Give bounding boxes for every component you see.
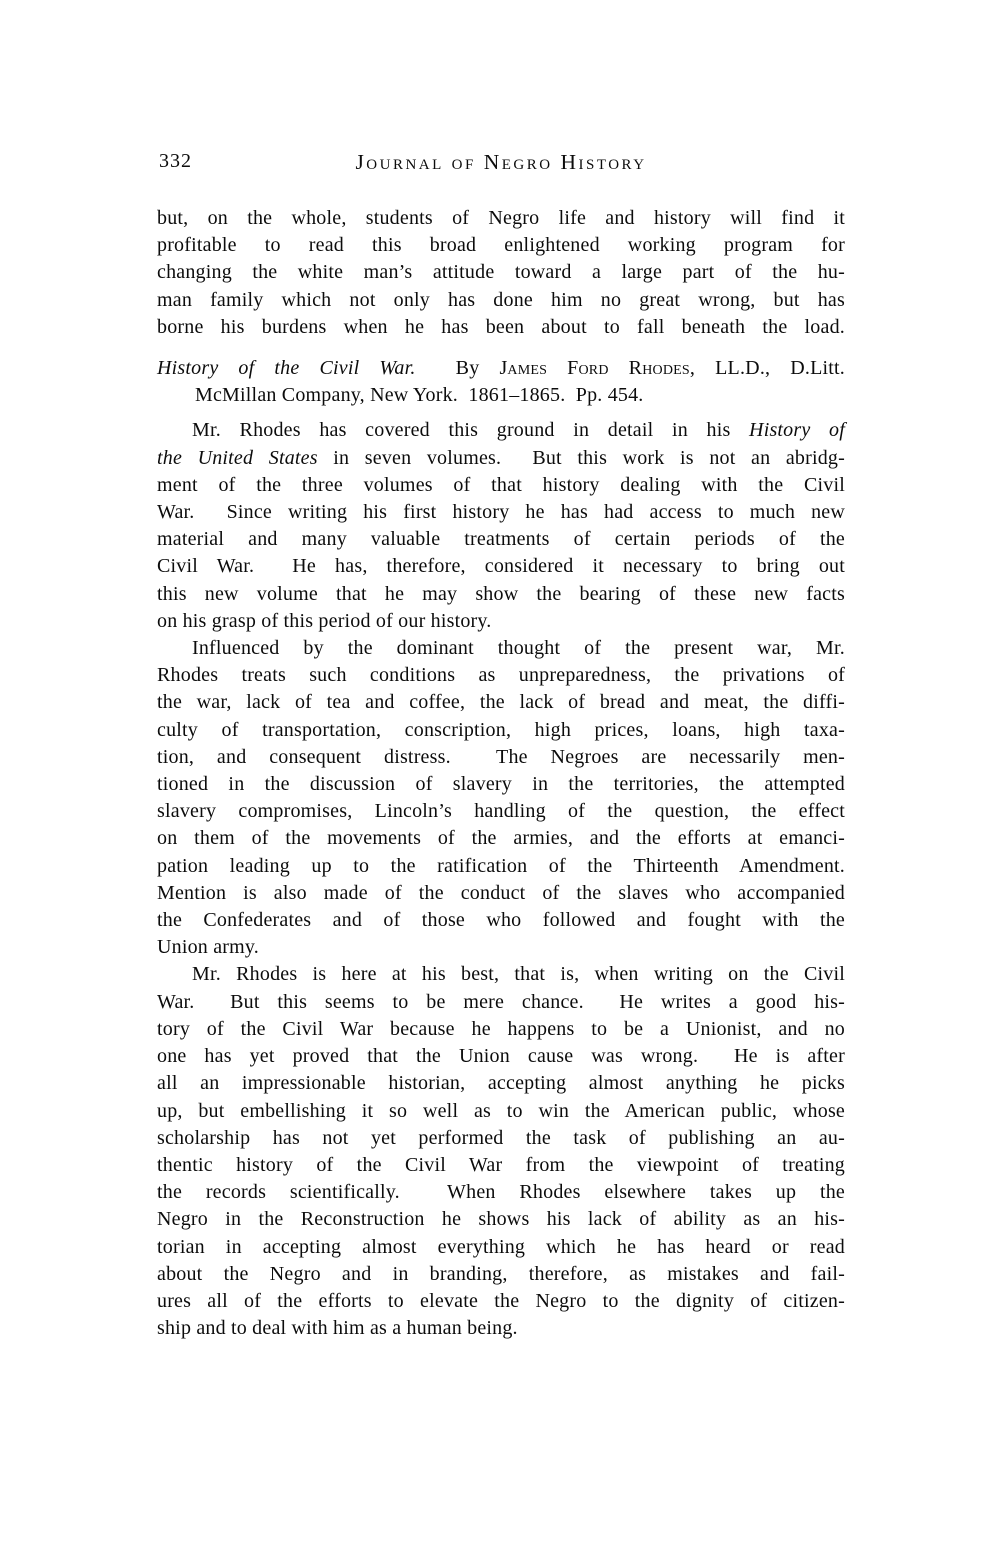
continuation-paragraph: but, on the whole, students of Negro lif… — [157, 205, 845, 341]
text-line: Rhodes treats such conditions as unprepa… — [157, 662, 845, 689]
text-segment-plain: ures all of the efforts to elevate the N… — [157, 1290, 845, 1312]
text-segment-plain: Union army. — [157, 936, 259, 958]
text-line: tory of the Civil War because he happens… — [157, 1016, 845, 1043]
text-line: culty of transportation, conscription, h… — [157, 717, 845, 744]
text-segment-plain: slavery compromises, Lincoln’s handling … — [157, 800, 845, 822]
text-segment-plain: War. But this seems to be mere chance. H… — [157, 991, 845, 1013]
text-segment-plain: Rhodes treats such conditions as unprepa… — [157, 664, 845, 686]
text-line: tion, and consequent distress. The Negro… — [157, 744, 845, 771]
text-segment-italic: History of — [749, 419, 845, 441]
text-line: the war, lack of tea and coffee, the lac… — [157, 689, 845, 716]
text-line: thentic history of the Civil War from th… — [157, 1152, 845, 1179]
text-line: War. But this seems to be mere chance. H… — [157, 989, 845, 1016]
text-segment-plain: on his grasp of this period of our histo… — [157, 610, 492, 632]
text-segment-plain: material and many valuable treatments of… — [157, 528, 845, 550]
text-segment-plain: on them of the movements of the armies, … — [157, 827, 845, 849]
text-line: Civil War. He has, therefore, considered… — [157, 553, 845, 580]
text-segment-plain: Negro in the Reconstruction he shows his… — [157, 1208, 845, 1230]
running-title: Journal of Negro History — [157, 150, 845, 175]
text-segment-plain: all an impressionable historian, accepti… — [157, 1072, 845, 1094]
text-line: Negro in the Reconstruction he shows his… — [157, 1206, 845, 1233]
text-line: McMillan Company, New York. 1861–1865. P… — [157, 382, 845, 409]
text-segment-plain: McMillan Company, New York. 1861–1865. P… — [195, 384, 644, 406]
text-segment-plain: profitable to read this broad enlightene… — [157, 234, 845, 256]
text-line: Union army. — [157, 934, 845, 961]
text-line: Mr. Rhodes has covered this ground in de… — [157, 417, 845, 444]
text-segment-plain: the Confederates and of those who follow… — [157, 909, 845, 931]
text-segment-plain: tioned in the discussion of slavery in t… — [157, 773, 845, 795]
text-segment-plain: Mr. Rhodes is here at his best, that is,… — [192, 963, 845, 985]
text-segment-plain: man family which not only has done him n… — [157, 289, 845, 311]
text-line: History of the Civil War. By James Ford … — [157, 355, 845, 382]
text-line: changing the white man’s attitude toward… — [157, 259, 845, 286]
text-segment-plain: By — [416, 357, 500, 379]
text-segment-plain: ship and to deal with him as a human bei… — [157, 1317, 518, 1339]
text-line: torian in accepting almost everything wh… — [157, 1234, 845, 1261]
text-column: 332 Journal of Negro History but, on the… — [157, 150, 845, 1342]
text-segment-plain: torian in accepting almost everything wh… — [157, 1236, 845, 1258]
page-body: but, on the whole, students of Negro lif… — [157, 205, 845, 1342]
text-line: on his grasp of this period of our histo… — [157, 608, 845, 635]
page-number: 332 — [159, 150, 192, 173]
review-paragraph-2: Influenced by the dominant thought of th… — [157, 635, 845, 961]
text-line: tioned in the discussion of slavery in t… — [157, 771, 845, 798]
review-paragraph-3: Mr. Rhodes is here at his best, that is,… — [157, 961, 845, 1342]
text-line: profitable to read this broad enlightene… — [157, 232, 845, 259]
book-review-citation: History of the Civil War. By James Ford … — [157, 355, 845, 409]
text-line: ment of the three volumes of that histor… — [157, 472, 845, 499]
text-line: the Confederates and of those who follow… — [157, 907, 845, 934]
text-segment-smallcaps: James Ford Rhodes — [499, 357, 689, 379]
text-segment-plain: Mr. Rhodes has covered this ground in de… — [192, 419, 749, 441]
scanned-book-page: 332 Journal of Negro History but, on the… — [0, 0, 1000, 1553]
text-line: slavery compromises, Lincoln’s handling … — [157, 798, 845, 825]
text-segment-plain: Civil War. He has, therefore, considered… — [157, 555, 845, 577]
text-line: the records scientifically. When Rhodes … — [157, 1179, 845, 1206]
text-line: on them of the movements of the armies, … — [157, 825, 845, 852]
review-paragraph-1: Mr. Rhodes has covered this ground in de… — [157, 417, 845, 635]
text-segment-plain: up, but embellishing it so well as to wi… — [157, 1100, 845, 1122]
text-segment-italic: History of the Civil War. — [157, 357, 416, 379]
text-line: borne his burdens when he has been about… — [157, 314, 845, 341]
text-line: this new volume that he may show the bea… — [157, 581, 845, 608]
text-line: man family which not only has done him n… — [157, 287, 845, 314]
text-segment-plain: tion, and consequent distress. The Negro… — [157, 746, 845, 768]
text-segment-plain: tory of the Civil War because he happens… — [157, 1018, 845, 1040]
text-line: all an impressionable historian, accepti… — [157, 1070, 845, 1097]
text-segment-plain: scholarship has not yet performed the ta… — [157, 1127, 845, 1149]
text-line: one has yet proved that the Union cause … — [157, 1043, 845, 1070]
text-line: up, but embellishing it so well as to wi… — [157, 1098, 845, 1125]
text-line: ures all of the efforts to elevate the N… — [157, 1288, 845, 1315]
text-segment-plain: culty of transportation, conscription, h… — [157, 719, 845, 741]
text-segment-plain: War. Since writing his first history he … — [157, 501, 845, 523]
text-line: Mention is also made of the conduct of t… — [157, 880, 845, 907]
text-line: about the Negro and in branding, therefo… — [157, 1261, 845, 1288]
text-line: War. Since writing his first history he … — [157, 499, 845, 526]
text-segment-plain: thentic history of the Civil War from th… — [157, 1154, 845, 1176]
text-segment-plain: borne his burdens when he has been about… — [157, 316, 845, 338]
text-line: material and many valuable treatments of… — [157, 526, 845, 553]
text-segment-plain: one has yet proved that the Union cause … — [157, 1045, 845, 1067]
text-segment-plain: Mention is also made of the conduct of t… — [157, 882, 845, 904]
text-segment-plain: this new volume that he may show the bea… — [157, 583, 845, 605]
text-segment-italic: the United States — [157, 447, 318, 469]
text-segment-plain: but, on the whole, students of Negro lif… — [157, 207, 845, 229]
text-segment-plain: in seven volumes. But this work is not a… — [318, 447, 845, 469]
text-segment-plain: the war, lack of tea and coffee, the lac… — [157, 691, 845, 713]
text-line: pation leading up to the ratification of… — [157, 853, 845, 880]
text-line: but, on the whole, students of Negro lif… — [157, 205, 845, 232]
text-line: Mr. Rhodes is here at his best, that is,… — [157, 961, 845, 988]
text-line: scholarship has not yet performed the ta… — [157, 1125, 845, 1152]
text-segment-plain: pation leading up to the ratification of… — [157, 855, 845, 877]
text-line: ship and to deal with him as a human bei… — [157, 1315, 845, 1342]
text-segment-plain: , LL.D., D.Litt. — [690, 357, 845, 379]
text-segment-plain: changing the white man’s attitude toward… — [157, 261, 845, 283]
text-segment-plain: about the Negro and in branding, therefo… — [157, 1263, 845, 1285]
text-line: Influenced by the dominant thought of th… — [157, 635, 845, 662]
text-line: the United States in seven volumes. But … — [157, 445, 845, 472]
text-segment-plain: the records scientifically. When Rhodes … — [157, 1181, 845, 1203]
text-segment-plain: Influenced by the dominant thought of th… — [192, 637, 845, 659]
page-header: 332 Journal of Negro History — [157, 150, 845, 176]
text-segment-plain: ment of the three volumes of that histor… — [157, 474, 845, 496]
